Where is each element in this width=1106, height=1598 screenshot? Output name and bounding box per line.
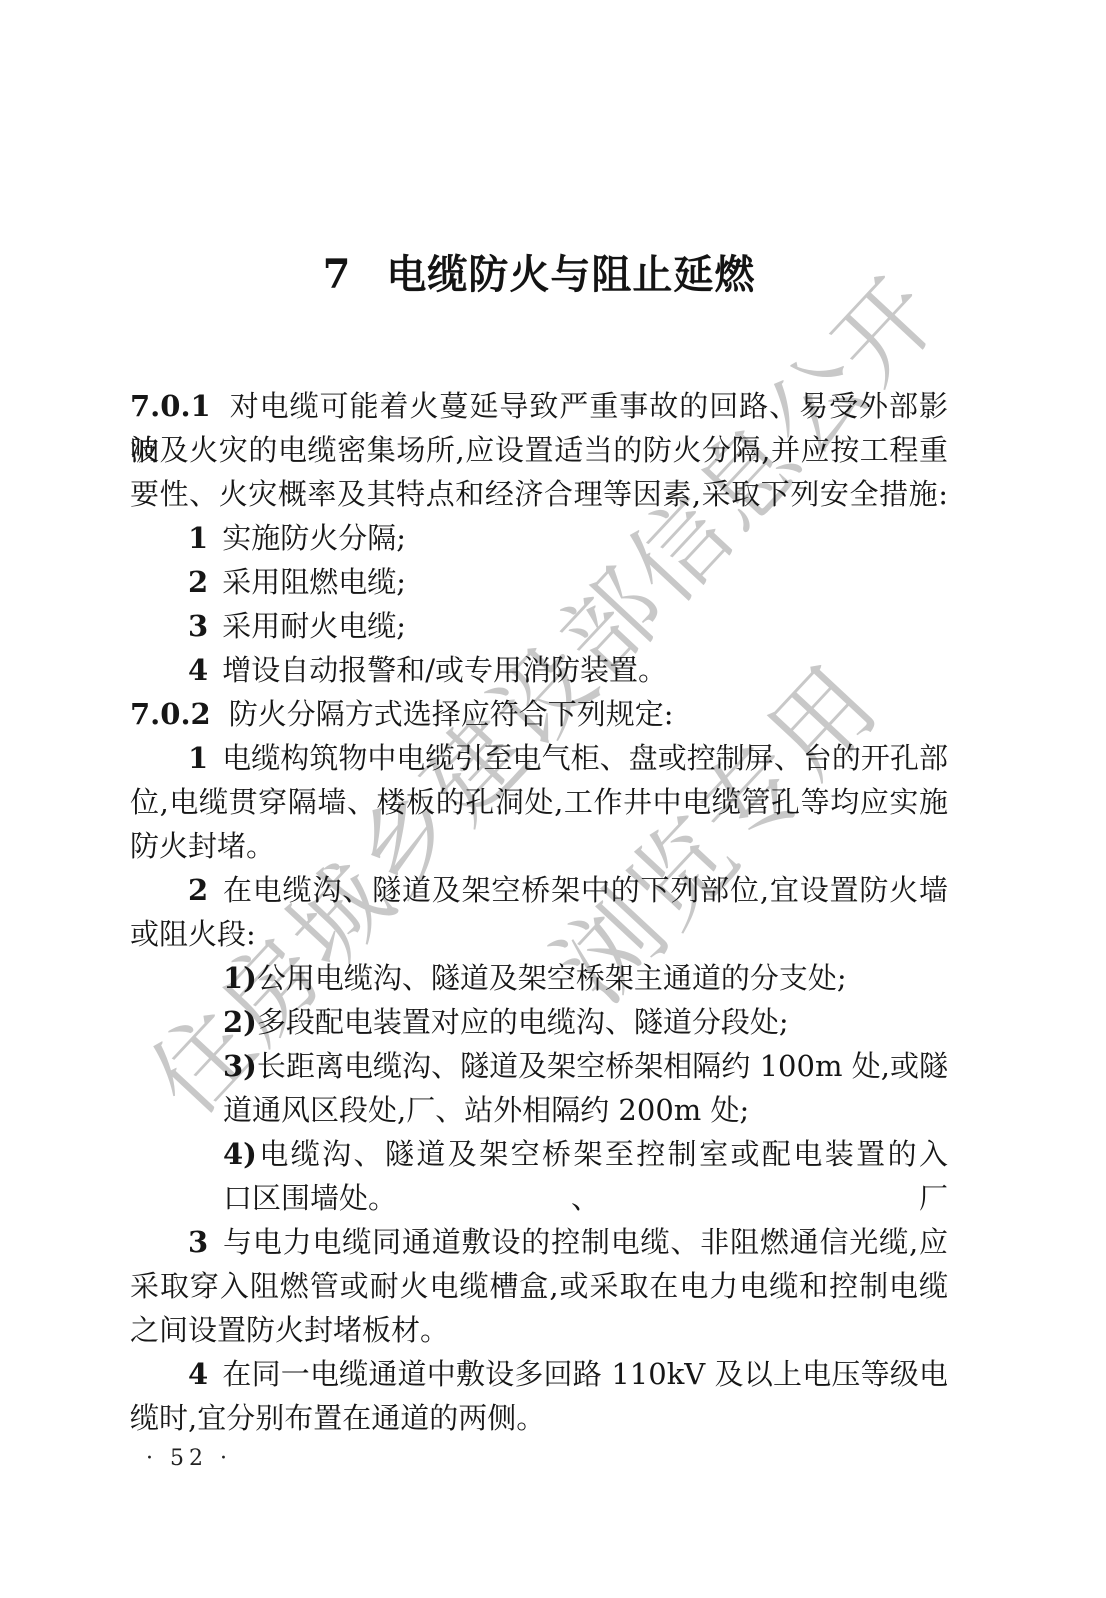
line-text: 之间设置防火封堵板材。 [130,1313,449,1347]
text-line: 7.0.2防火分隔方式选择应符合下列规定: [130,692,948,736]
item-number: 3 [188,1225,208,1259]
text-line: 缆时,宜分别布置在通道的两侧。 [130,1396,948,1440]
item-number: 2) [223,1005,257,1039]
chapter-title: 7电缆防火与阻止延燃 [130,243,948,300]
text-line: 3采用耐火电缆; [130,604,948,648]
text-line: 防火封堵。 [130,824,948,868]
text-line: 1)公用电缆沟、隧道及架空桥架主通道的分支处; [130,956,948,1000]
text-line: 4增设自动报警和/或专用消防装置。 [130,648,948,692]
text-line: 2)多段配电装置对应的电缆沟、隧道分段处; [130,1000,948,1044]
item-number: 3 [188,609,208,643]
line-text: 在电缆沟、隧道及架空桥架中的下列部位,宜设置防火墙 [222,873,948,907]
line-text: 采取穿入阻燃管或耐火电缆槽盒,或采取在电力电缆和控制电缆 [130,1269,948,1303]
text-line: 2采用阻燃电缆; [130,560,948,604]
item-number: 4) [223,1137,257,1171]
text-line: 波及火灾的电缆密集场所,应设置适当的防火分隔,并应按工程重 [130,428,948,472]
text-line: 要性、火灾概率及其特点和经济合理等因素,采取下列安全措施: [130,472,948,516]
line-text: 在同一电缆通道中敷设多回路 110kV 及以上电压等级电 [222,1357,948,1391]
text-line: 4在同一电缆通道中敷设多回路 110kV 及以上电压等级电 [130,1352,948,1396]
line-text: 增设自动报警和/或专用消防装置。 [222,653,667,687]
page-number: · 52 · [146,1446,232,1471]
chapter-number: 7 [323,251,351,298]
chapter-title-text: 电缆防火与阻止延燃 [386,251,755,298]
item-number: 1 [188,741,208,775]
item-number: 7.0.1 [130,389,211,423]
line-text: 要性、火灾概率及其特点和经济合理等因素,采取下列安全措施: [130,477,948,511]
text-line: 之间设置防火封堵板材。 [130,1308,948,1352]
text-line: 7.0.1对电缆可能着火蔓延导致严重事故的回路、易受外部影响 [130,384,948,428]
text-line: 4)电缆沟、隧道及架空桥架至控制室或配电装置的入口、厂 [130,1132,948,1176]
line-text: 通风区段处,厂、站外相隔约 200m 处; [252,1093,749,1127]
line-text: 电缆构筑物中电缆引至电气柜、盘或控制屏、台的开孔部 [222,741,948,775]
item-number: 2 [188,565,208,599]
line-text: 实施防火分隔; [222,521,406,555]
text-line: 采取穿入阻燃管或耐火电缆槽盒,或采取在电力电缆和控制电缆 [130,1264,948,1308]
document-page: 住房城乡建设部信息公开 浏览专用 7电缆防火与阻止延燃 7.0.1对电缆可能着火… [0,0,1106,1598]
line-text: 采用阻燃电缆; [222,565,406,599]
item-number: 3) [223,1049,257,1083]
item-number: 7.0.2 [130,697,211,731]
line-text: 防火封堵。 [130,829,275,863]
item-number: 1 [188,521,208,555]
line-text: 与电力电缆同通道敷设的控制电缆、非阻燃通信光缆,应 [222,1225,948,1259]
text-line: 1电缆构筑物中电缆引至电气柜、盘或控制屏、台的开孔部 [130,736,948,780]
line-text: 采用耐火电缆; [222,609,406,643]
line-text: 或阻火段: [130,917,256,951]
line-text: 多段配电装置对应的电缆沟、隧道分段处; [257,1005,789,1039]
text-line: 1实施防火分隔; [130,516,948,560]
text-line: 3)长距离电缆沟、隧道及架空桥架相隔约 100m 处,或隧道 [130,1044,948,1088]
text-line: 3与电力电缆同通道敷设的控制电缆、非阻燃通信光缆,应 [130,1220,948,1264]
item-number: 4 [188,653,208,687]
line-text: 位,电缆贯穿隔墙、楼板的孔洞处,工作井中电缆管孔等均应实施 [130,785,948,819]
item-number: 2 [188,873,208,907]
line-text: 缆时,宜分别布置在通道的两侧。 [130,1401,545,1435]
line-text: 区围墙处。 [252,1181,397,1215]
item-number: 1) [223,961,257,995]
document-body: 7.0.1对电缆可能着火蔓延导致严重事故的回路、易受外部影响波及火灾的电缆密集场… [130,384,948,1440]
text-line: 2在电缆沟、隧道及架空桥架中的下列部位,宜设置防火墙 [130,868,948,912]
item-number: 4 [188,1357,208,1391]
line-text: 公用电缆沟、隧道及架空桥架主通道的分支处; [257,961,847,995]
line-text: 波及火灾的电缆密集场所,应设置适当的防火分隔,并应按工程重 [130,433,948,467]
text-line: 或阻火段: [130,912,948,956]
text-line: 位,电缆贯穿隔墙、楼板的孔洞处,工作井中电缆管孔等均应实施 [130,780,948,824]
line-text: 防火分隔方式选择应符合下列规定: [229,697,674,731]
text-line: 通风区段处,厂、站外相隔约 200m 处; [130,1088,948,1132]
